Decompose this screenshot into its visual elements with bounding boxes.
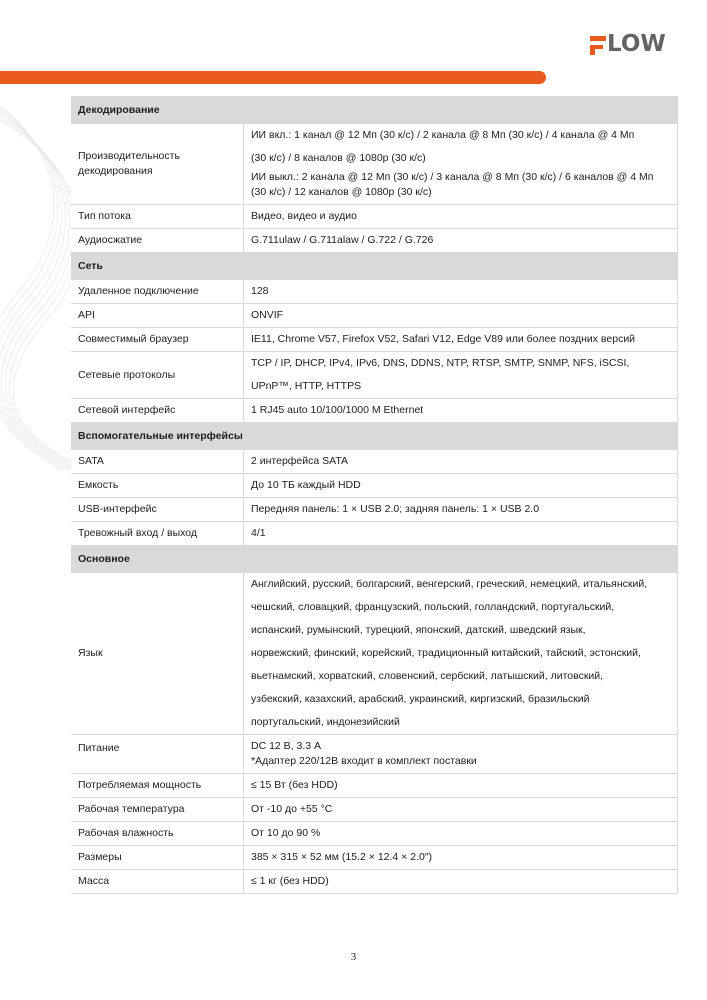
spec-value-line: вьетнамский, хорватский, словенский, сер…: [251, 665, 670, 688]
table-row: ЯзыкАнглийский, русский, болгарский, вен…: [71, 573, 678, 735]
spec-label-line: декодирования: [78, 164, 236, 179]
spec-label-line: SATA: [78, 454, 236, 469]
spec-value-line: TCP / IP, DHCP, IPv4, IPv6, DNS, DDNS, N…: [251, 352, 670, 375]
spec-label: Размеры: [71, 846, 244, 870]
spec-label-line: API: [78, 308, 236, 323]
spec-label: Производительностьдекодирования: [71, 124, 244, 205]
table-row: SATA2 интерфейса SATA: [71, 450, 678, 474]
spec-label: Язык: [71, 573, 244, 735]
spec-value-line: ONVIF: [251, 304, 670, 327]
section-title: Вспомогательные интерфейсы: [71, 423, 678, 450]
table-row: Удаленное подключение128: [71, 280, 678, 304]
spec-value: 1 RJ45 auto 10/100/1000 M Ethernet: [244, 399, 678, 423]
spec-value: ИИ вкл.: 1 канал @ 12 Мп (30 к/с) / 2 ка…: [244, 124, 678, 205]
spec-value: 2 интерфейса SATA: [244, 450, 678, 474]
table-row: APIONVIF: [71, 304, 678, 328]
spec-value: ≤ 15 Вт (без HDD): [244, 774, 678, 798]
spec-label-line: Питание: [78, 741, 236, 756]
spec-value-line: DC 12 В, 3.3 А: [251, 739, 670, 754]
spec-value-line: Видео, видео и аудио: [251, 205, 670, 228]
section-header-row: Основное: [71, 546, 678, 573]
flow-f-mark-icon: [590, 33, 606, 55]
spec-label: Аудиосжатие: [71, 229, 244, 253]
spec-value-line: 1 RJ45 auto 10/100/1000 M Ethernet: [251, 399, 670, 422]
flow-logo: LOW: [590, 31, 666, 57]
spec-label-line: Масса: [78, 874, 236, 889]
spec-label-line: Рабочая влажность: [78, 826, 236, 841]
table-row: Сетевой интерфейс1 RJ45 auto 10/100/1000…: [71, 399, 678, 423]
table-row: ПитаниеDC 12 В, 3.3 А*Адаптер 220/12В вх…: [71, 735, 678, 774]
spec-label: API: [71, 304, 244, 328]
section-title: Основное: [71, 546, 678, 573]
spec-value-line: До 10 ТБ каждый HDD: [251, 474, 670, 497]
spec-label: Тип потока: [71, 205, 244, 229]
spec-value: От -10 до +55 °C: [244, 798, 678, 822]
spec-value-line: Английский, русский, болгарский, венгерс…: [251, 573, 670, 596]
spec-label-line: Удаленное подключение: [78, 284, 236, 299]
spec-value: 385 × 315 × 52 мм (15.2 × 12.4 × 2.0″): [244, 846, 678, 870]
specifications-table: ДекодированиеПроизводительностьдекодиров…: [71, 96, 678, 894]
spec-value-line: (30 к/с) / 12 каналов @ 1080p (30 к/с): [251, 185, 670, 200]
spec-value-line: От 10 до 90 %: [251, 822, 670, 845]
spec-value: Английский, русский, болгарский, венгерс…: [244, 573, 678, 735]
spec-value: От 10 до 90 %: [244, 822, 678, 846]
spec-label: Масса: [71, 870, 244, 894]
spec-label: USB-интерфейс: [71, 498, 244, 522]
section-header-row: Вспомогательные интерфейсы: [71, 423, 678, 450]
spec-label-line: Тревожный вход / выход: [78, 526, 236, 541]
spec-value-line: узбекский, казахский, арабский, украинск…: [251, 688, 670, 711]
table-row: Рабочая влажностьОт 10 до 90 %: [71, 822, 678, 846]
spec-label: Рабочая влажность: [71, 822, 244, 846]
logo-text: LOW: [607, 33, 666, 55]
spec-value-line: 385 × 315 × 52 мм (15.2 × 12.4 × 2.0″): [251, 846, 670, 869]
spec-label: SATA: [71, 450, 244, 474]
page-number: 3: [0, 951, 707, 963]
spec-value: TCP / IP, DHCP, IPv4, IPv6, DNS, DDNS, N…: [244, 352, 678, 399]
spec-value-line: 2 интерфейса SATA: [251, 450, 670, 473]
spec-label: Сетевой интерфейс: [71, 399, 244, 423]
spec-label-line: Тип потока: [78, 209, 236, 224]
spec-label-line: Сетевой интерфейс: [78, 403, 236, 418]
spec-value: До 10 ТБ каждый HDD: [244, 474, 678, 498]
spec-label-line: Размеры: [78, 850, 236, 865]
spec-label-line: USB-интерфейс: [78, 502, 236, 517]
spec-value: IE11, Chrome V57, Firefox V52, Safari V1…: [244, 328, 678, 352]
spec-value-line: чешский, словацкий, французский, польски…: [251, 596, 670, 619]
spec-value-line: ИИ выкл.: 2 канала @ 12 Мп (30 к/с) / 3 …: [251, 170, 670, 185]
spec-value-line: 128: [251, 280, 670, 303]
spec-value-line: ≤ 1 кг (без HDD): [251, 870, 670, 893]
spec-value-line: G.711ulaw / G.711alaw / G.722 / G.726: [251, 229, 670, 252]
spec-value-line: норвежский, финский, корейский, традицио…: [251, 642, 670, 665]
spec-value: Видео, видео и аудио: [244, 205, 678, 229]
spec-label: Емкость: [71, 474, 244, 498]
table-row: USB-интерфейсПередняя панель: 1 × USB 2.…: [71, 498, 678, 522]
table-row: АудиосжатиеG.711ulaw / G.711alaw / G.722…: [71, 229, 678, 253]
spec-label: Сетевые протоколы: [71, 352, 244, 399]
spec-value-line: Передняя панель: 1 × USB 2.0; задняя пан…: [251, 498, 670, 521]
table-row: Масса≤ 1 кг (без HDD): [71, 870, 678, 894]
table-row: Тип потокаВидео, видео и аудио: [71, 205, 678, 229]
spec-label-line: Производительность: [78, 149, 236, 164]
spec-label-line: Совместимый браузер: [78, 332, 236, 347]
spec-value-line: *Адаптер 220/12В входит в комплект поста…: [251, 754, 670, 769]
table-row: Размеры385 × 315 × 52 мм (15.2 × 12.4 × …: [71, 846, 678, 870]
spec-label: Совместимый браузер: [71, 328, 244, 352]
section-header-row: Сеть: [71, 253, 678, 280]
table-row: Рабочая температураОт -10 до +55 °C: [71, 798, 678, 822]
spec-label: Потребляемая мощность: [71, 774, 244, 798]
spec-value: 4/1: [244, 522, 678, 546]
spec-label-line: Рабочая температура: [78, 802, 236, 817]
table-row: ПроизводительностьдекодированияИИ вкл.: …: [71, 124, 678, 205]
header-accent-bar: [0, 71, 546, 84]
table-row: Потребляемая мощность≤ 15 Вт (без HDD): [71, 774, 678, 798]
spec-label: Питание: [71, 735, 244, 774]
spec-label: Тревожный вход / выход: [71, 522, 244, 546]
spec-value-line: ИИ вкл.: 1 канал @ 12 Мп (30 к/с) / 2 ка…: [251, 124, 670, 147]
spec-value: ≤ 1 кг (без HDD): [244, 870, 678, 894]
spec-value-line: испанский, румынский, турецкий, японский…: [251, 619, 670, 642]
section-header-row: Декодирование: [71, 97, 678, 124]
spec-label: Удаленное подключение: [71, 280, 244, 304]
spec-label-line: Сетевые протоколы: [78, 368, 236, 383]
section-title: Декодирование: [71, 97, 678, 124]
spec-label-line: Язык: [78, 646, 236, 661]
spec-value: Передняя панель: 1 × USB 2.0; задняя пан…: [244, 498, 678, 522]
table-row: ЕмкостьДо 10 ТБ каждый HDD: [71, 474, 678, 498]
spec-label-line: Потребляемая мощность: [78, 778, 236, 793]
spec-value-line: От -10 до +55 °C: [251, 798, 670, 821]
table-row: Совместимый браузерIE11, Chrome V57, Fir…: [71, 328, 678, 352]
table-row: Тревожный вход / выход4/1: [71, 522, 678, 546]
spec-value-line: 4/1: [251, 522, 670, 545]
table-row: Сетевые протоколыTCP / IP, DHCP, IPv4, I…: [71, 352, 678, 399]
spec-value-line: ≤ 15 Вт (без HDD): [251, 774, 670, 797]
spec-value-line: португальский, индонезийский: [251, 711, 670, 734]
spec-value-line: (30 к/с) / 8 каналов @ 1080p (30 к/с): [251, 147, 670, 170]
spec-value: 128: [244, 280, 678, 304]
spec-label-line: Аудиосжатие: [78, 233, 236, 248]
section-title: Сеть: [71, 253, 678, 280]
spec-value: G.711ulaw / G.711alaw / G.722 / G.726: [244, 229, 678, 253]
spec-value-line: UPnP™, HTTP, HTTPS: [251, 375, 670, 398]
spec-value-line: IE11, Chrome V57, Firefox V52, Safari V1…: [251, 328, 670, 351]
spec-label-line: Емкость: [78, 478, 236, 493]
spec-value: DC 12 В, 3.3 А*Адаптер 220/12В входит в …: [244, 735, 678, 774]
spec-value: ONVIF: [244, 304, 678, 328]
spec-label: Рабочая температура: [71, 798, 244, 822]
